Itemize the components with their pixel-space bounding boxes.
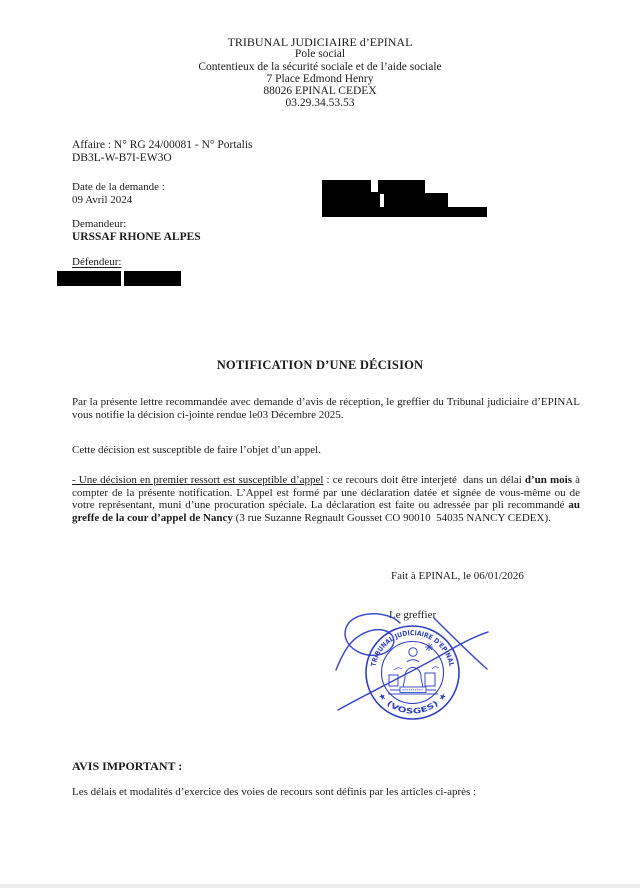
claimant-block: Demandeur: URSSAF RHONE ALPES bbox=[72, 218, 201, 243]
claimant-name: URSSAF RHONE ALPES bbox=[72, 231, 201, 244]
important-notice-heading: AVIS IMPORTANT : bbox=[72, 759, 182, 774]
redaction-recipient-4 bbox=[425, 193, 448, 217]
court-address-line2: 88026 EPINAL CEDEX bbox=[0, 85, 640, 97]
request-date-label: Date de la demande : bbox=[72, 181, 165, 194]
defendant-label: Défendeur: bbox=[72, 256, 121, 268]
redaction-defendant-1 bbox=[57, 271, 121, 286]
important-notice-text: Les délais et modalités d’exercice des v… bbox=[72, 786, 476, 798]
stamp-top-text: TRIBUNAL JUDICIAIRE D'EPINAL bbox=[370, 629, 456, 668]
redaction-recipient-2 bbox=[378, 180, 425, 217]
request-date-block: Date de la demande : 09 Avril 2024 bbox=[72, 181, 165, 206]
case-reference: Affaire : N° RG 24/00081 - N° Portalis bbox=[72, 139, 253, 152]
portalis-code: DB3L-W-B7I-EW3O bbox=[72, 152, 253, 165]
court-name: TRIBUNAL JUDICIAIRE d’EPINAL bbox=[0, 36, 640, 48]
decision-title: NOTIFICATION D’UNE DÉCISION bbox=[0, 358, 640, 373]
redaction-recipient-3 bbox=[371, 192, 378, 217]
appeal-text-3: (3 rue Suzanne Regnault Gousset CO 90010… bbox=[233, 512, 551, 524]
court-service: Contentieux de la sécurité sociale et de… bbox=[0, 61, 640, 73]
notification-paragraph: Par la présente lettre recommandée avec … bbox=[72, 396, 580, 421]
case-reference-block: Affaire : N° RG 24/00081 - N° Portalis D… bbox=[72, 139, 253, 165]
court-stamp: TRIBUNAL JUDICIAIRE D'EPINAL ★ (VOSGES) … bbox=[330, 598, 502, 728]
redaction-recipient-5 bbox=[448, 207, 487, 217]
closing-place-date: Fait à EPINAL, le 06/01/2026 bbox=[391, 570, 524, 582]
request-date-value: 09 Avril 2024 bbox=[72, 194, 165, 207]
appeal-text-1: : ce recours doit être interjeté dans un… bbox=[323, 474, 524, 486]
court-header: TRIBUNAL JUDICIAIRE d’EPINAL Pole social… bbox=[0, 36, 640, 110]
stamp-outer-ring bbox=[366, 626, 459, 719]
scan-edge-shadow bbox=[0, 884, 640, 888]
court-division: Pole social bbox=[0, 48, 640, 60]
scanned-letter-page: TRIBUNAL JUDICIAIRE d’EPINAL Pole social… bbox=[0, 0, 640, 888]
redaction-recipient-1 bbox=[322, 180, 371, 217]
redaction-defendant-2 bbox=[124, 271, 181, 286]
appeal-underlined-clause: - Une décision en premier ressort est su… bbox=[72, 474, 323, 486]
appeal-procedure-paragraph: - Une décision en premier ressort est su… bbox=[72, 474, 580, 525]
signature-strokes bbox=[336, 614, 488, 710]
appeal-delay-bold: d’un mois bbox=[525, 474, 572, 486]
appeal-availability-paragraph: Cette décision est susceptible de faire … bbox=[72, 444, 580, 457]
court-address-line1: 7 Place Edmond Henry bbox=[0, 73, 640, 85]
claimant-label: Demandeur: bbox=[72, 218, 201, 231]
stamp-emblem bbox=[388, 643, 439, 694]
redaction-recipient-notch bbox=[380, 194, 384, 207]
court-phone: 03.29.34.53.53 bbox=[0, 97, 640, 109]
